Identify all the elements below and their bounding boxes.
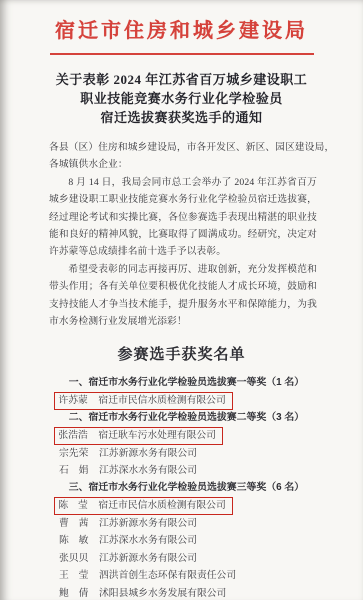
winner-company: 宿迁市民信水质检测有限公司 bbox=[98, 395, 225, 406]
winner-row: 石 娟江苏深水水务有限公司 bbox=[49, 462, 323, 480]
winner-entry: 鲍 倩沭阳县城乡水务发展有限公司 bbox=[59, 587, 226, 600]
paragraph-event: 8 月 14 日，我局会同市总工会举办了 2024 年江苏省百万城乡建设职工职业… bbox=[49, 174, 317, 261]
winner-row: 宗先荣江苏新源水务有限公司 bbox=[49, 444, 323, 462]
winner-entry: 曹 茜江苏新源水务有限公司 bbox=[59, 517, 197, 530]
winner-company: 泗洪首创生态环保有限责任公司 bbox=[99, 570, 236, 581]
title-line-1: 关于表彰 2024 年江苏省百万城乡建设职工 bbox=[0, 70, 363, 89]
winner-company: 江苏新源水务有限公司 bbox=[99, 518, 197, 529]
document-page: 宿迁市住房和城乡建设局 关于表彰 2024 年江苏省百万城乡建设职工 职业技能竞… bbox=[0, 0, 363, 600]
award-section-title: 一、宿迁市水务行业化学检验员选拔赛一等奖（1 名） bbox=[49, 374, 323, 392]
winner-company: 江苏新源水务有限公司 bbox=[99, 448, 197, 459]
winner-row: 王 莹泗洪首创生态环保有限责任公司 bbox=[49, 567, 323, 585]
winner-entry: 陈 敏江苏深水水务有限公司 bbox=[59, 534, 197, 547]
winner-row: 陈 莹宿迁市民信水质检测有限公司 bbox=[49, 497, 323, 515]
winner-name: 张浩浩 bbox=[58, 429, 91, 442]
winner-row: 张浩浩宿迁耿车污水处理有限公司 bbox=[49, 427, 323, 445]
title-line-2: 职业技能竞赛水务行业化学检验员 bbox=[0, 89, 363, 108]
winner-name: 陈 敏 bbox=[59, 534, 92, 547]
winner-company: 宿迁市民信水质检测有限公司 bbox=[98, 500, 225, 511]
award-list: 一、宿迁市水务行业化学检验员选拔赛一等奖（1 名）许苏蒙宿迁市民信水质检测有限公… bbox=[49, 374, 323, 600]
winner-company: 宿迁耿车污水处理有限公司 bbox=[98, 430, 216, 441]
winner-row: 张贝贝江苏新源水务有限公司 bbox=[49, 549, 323, 567]
agency-header: 宿迁市住房和城乡建设局 bbox=[0, 0, 363, 45]
winner-row: 鲍 倩沭阳县城乡水务发展有限公司 bbox=[49, 584, 323, 600]
title-line-3: 宿迁选拔赛获奖选手的通知 bbox=[0, 108, 363, 127]
winner-highlight-box: 许苏蒙宿迁市民信水质检测有限公司 bbox=[54, 392, 232, 410]
header-divider bbox=[50, 53, 314, 55]
winner-company: 沭阳县城乡水务发展有限公司 bbox=[99, 588, 226, 599]
winner-name: 张贝贝 bbox=[59, 552, 92, 565]
award-list-heading: 参赛选手获奖名单 bbox=[0, 343, 363, 364]
salutation: 各县（区）住房和城乡建设局，市各开发区、新区、园区建设局， 各城镇供水企业： bbox=[49, 139, 317, 174]
winner-highlight-box: 陈 莹宿迁市民信水质检测有限公司 bbox=[54, 497, 232, 515]
award-section-title: 三、宿迁市水务行业化学检验员选拔赛三等奖（6 名） bbox=[49, 479, 323, 497]
winner-name: 陈 莹 bbox=[58, 499, 91, 512]
winner-row: 陈 敏江苏深水水务有限公司 bbox=[49, 532, 323, 550]
document-title: 关于表彰 2024 年江苏省百万城乡建设职工 职业技能竞赛水务行业化学检验员 宿… bbox=[0, 70, 363, 127]
winner-company: 江苏新源水务有限公司 bbox=[99, 553, 197, 564]
winner-name: 许苏蒙 bbox=[58, 394, 91, 407]
salutation-line-2: 各城镇供水企业： bbox=[49, 156, 317, 173]
winner-name: 鲍 倩 bbox=[59, 587, 92, 600]
salutation-line-1: 各县（区）住房和城乡建设局，市各开发区、新区、园区建设局， bbox=[49, 139, 317, 156]
winner-entry: 张贝贝江苏新源水务有限公司 bbox=[59, 552, 197, 565]
winner-company: 江苏深水水务有限公司 bbox=[99, 535, 197, 546]
winner-row: 曹 茜江苏新源水务有限公司 bbox=[49, 514, 323, 532]
winner-row: 许苏蒙宿迁市民信水质检测有限公司 bbox=[49, 392, 323, 410]
winner-entry: 王 莹泗洪首创生态环保有限责任公司 bbox=[59, 569, 236, 582]
winner-name: 石 娟 bbox=[59, 464, 92, 477]
winner-company: 江苏深水水务有限公司 bbox=[99, 465, 197, 476]
winner-entry: 宗先荣江苏新源水务有限公司 bbox=[59, 447, 197, 460]
winner-name: 宗先荣 bbox=[59, 447, 92, 460]
award-section-title: 二、宿迁市水务行业化学检验员选拔赛二等奖（3 名） bbox=[49, 409, 323, 427]
winner-highlight-box: 张浩浩宿迁耿车污水处理有限公司 bbox=[54, 427, 223, 445]
winner-name: 王 莹 bbox=[59, 569, 92, 582]
winner-name: 曹 茜 bbox=[59, 517, 92, 530]
winner-entry: 石 娟江苏深水水务有限公司 bbox=[59, 464, 197, 477]
paragraph-hope: 希望受表彰的同志再接再厉、进取创新，充分发挥模范和带头作用；各有关单位要积极优化… bbox=[49, 261, 317, 331]
